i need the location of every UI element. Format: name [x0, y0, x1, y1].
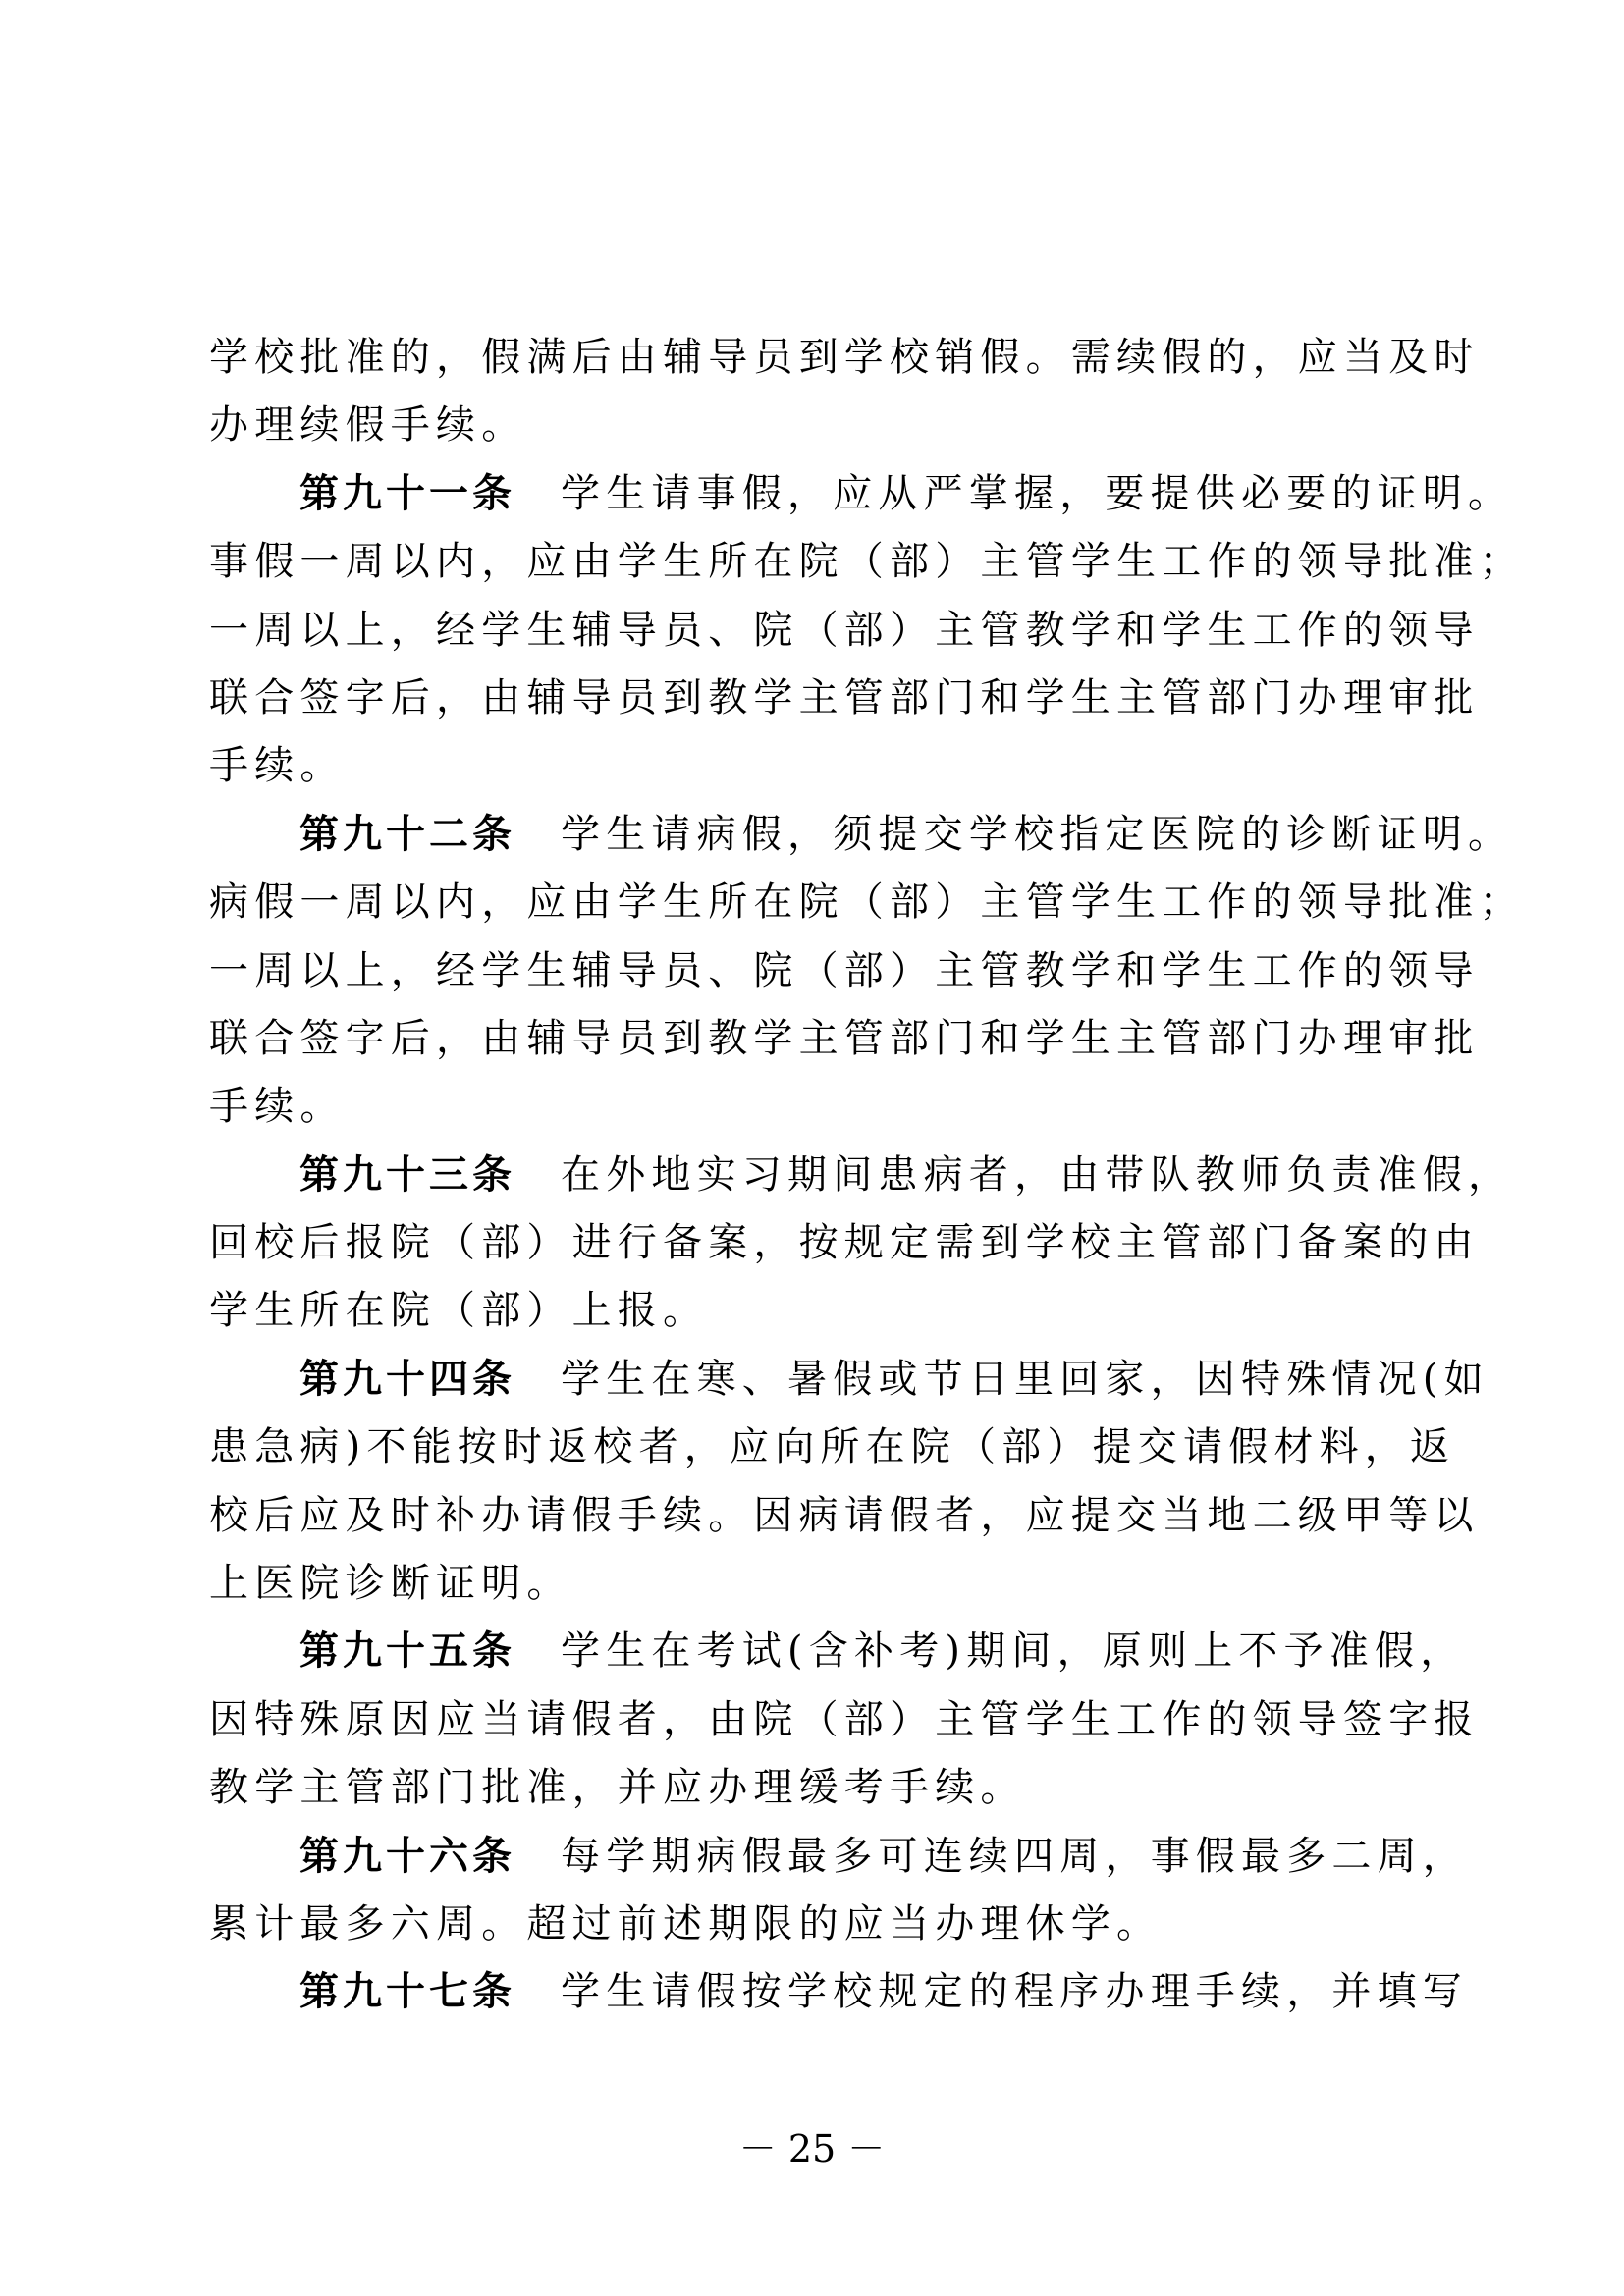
- article-number: 第九十五条: [299, 1629, 515, 1674]
- article-95-heading-line: 第九十五条学生在考试(含补考)期间，原则上不予准假，: [209, 1618, 1446, 1685]
- article-number: 第九十二条: [299, 812, 515, 857]
- text-line: 一周以上，经学生辅导员、院（部）主管教学和学生工作的领导: [209, 937, 1446, 1005]
- article-text: 学生请事假，应从严掌握，要提供必要的证明。: [561, 471, 1513, 516]
- article-text: 在外地实习期间患病者，由带队教师负责准假，: [561, 1152, 1513, 1198]
- article-text: 学生在考试(含补考)期间，原则上不予准假，: [561, 1629, 1465, 1674]
- article-number: 第九十七条: [299, 1969, 515, 2014]
- text-line: 上医院诊断证明。: [209, 1550, 1446, 1618]
- article-number: 第九十一条: [299, 471, 515, 516]
- article-number: 第九十六条: [299, 1834, 515, 1879]
- text-line: 校后应及时补办请假手续。因病请假者，应提交当地二级甲等以: [209, 1482, 1446, 1550]
- text-line: 办理续假手续。: [209, 392, 1446, 459]
- article-text: 学生在寒、暑假或节日里回家，因特殊情况(如: [561, 1357, 1489, 1402]
- text-line: 教学主管部门批准，并应办理缓考手续。: [209, 1754, 1446, 1822]
- text-line: 回校后报院（部）进行备案，按规定需到学校主管部门备案的由: [209, 1209, 1446, 1277]
- text-line: 因特殊原因应当请假者，由院（部）主管学生工作的领导签字报: [209, 1686, 1446, 1754]
- text-line: 事假一周以内，应由学生所在院（部）主管学生工作的领导批准；: [209, 528, 1446, 596]
- article-92-heading-line: 第九十二条学生请病假，须提交学校指定医院的诊断证明。: [209, 801, 1446, 869]
- text-line: 患急病)不能按时返校者，应向所在院（部）提交请假材料，返: [209, 1414, 1446, 1481]
- article-91-heading-line: 第九十一条学生请事假，应从严掌握，要提供必要的证明。: [209, 460, 1446, 528]
- article-94-heading-line: 第九十四条学生在寒、暑假或节日里回家，因特殊情况(如: [209, 1346, 1446, 1414]
- text-line: 累计最多六周。超过前述期限的应当办理休学。: [209, 1891, 1446, 1958]
- article-number: 第九十三条: [299, 1152, 515, 1198]
- article-number: 第九十四条: [299, 1357, 515, 1402]
- article-93-heading-line: 第九十三条在外地实习期间患病者，由带队教师负责准假，: [209, 1142, 1446, 1209]
- article-97-heading-line: 第九十七条学生请假按学校规定的程序办理手续，并填写: [209, 1958, 1446, 2026]
- document-body: 学校批准的，假满后由辅导员到学校销假。需续假的，应当及时 办理续假手续。 第九十…: [209, 324, 1446, 2027]
- text-line: 手续。: [209, 1073, 1446, 1141]
- article-96-heading-line: 第九十六条每学期病假最多可连续四周，事假最多二周，: [209, 1823, 1446, 1891]
- text-line: 病假一周以内，应由学生所在院（部）主管学生工作的领导批准；: [209, 869, 1446, 936]
- text-line: 联合签字后，由辅导员到教学主管部门和学生主管部门办理审批: [209, 665, 1446, 732]
- text-line: 学校批准的，假满后由辅导员到学校销假。需续假的，应当及时: [209, 324, 1446, 392]
- article-text: 学生请病假，须提交学校指定医院的诊断证明。: [561, 812, 1513, 857]
- text-line: 学生所在院（部）上报。: [209, 1277, 1446, 1345]
- page-number: － 25 －: [0, 2118, 1624, 2172]
- article-text: 学生请假按学校规定的程序办理手续，并填写: [561, 1969, 1468, 2014]
- text-line: 手续。: [209, 732, 1446, 800]
- document-page: 学校批准的，假满后由辅导员到学校销假。需续假的，应当及时 办理续假手续。 第九十…: [0, 0, 1624, 2296]
- article-text: 每学期病假最多可连续四周，事假最多二周，: [561, 1834, 1468, 1879]
- text-line: 一周以上，经学生辅导员、院（部）主管教学和学生工作的领导: [209, 597, 1446, 665]
- text-line: 联合签字后，由辅导员到教学主管部门和学生主管部门办理审批: [209, 1005, 1446, 1073]
